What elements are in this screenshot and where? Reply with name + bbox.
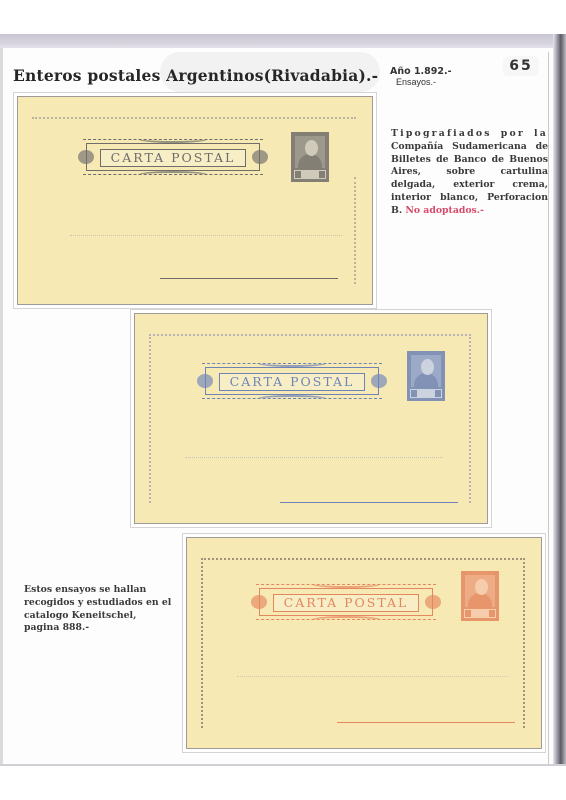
perforation-left (201, 558, 203, 728)
card-label: CARTA POSTAL (273, 594, 419, 612)
portrait-head (421, 359, 434, 375)
carta-postal-frame: CARTA POSTAL (78, 135, 268, 179)
stamp-portrait (295, 136, 325, 168)
portrait-body (298, 154, 322, 168)
album-page-bottom-edge (0, 764, 566, 766)
address-line-bottom (160, 278, 338, 279)
perforation-left (149, 334, 151, 503)
year-label: Año 1.892.- (390, 66, 452, 77)
ornament-left-icon (197, 374, 213, 388)
page-title: Enteros postales Argentinos(Rivadabia).- (13, 66, 378, 85)
description-first-line: Tipografiados por la (391, 128, 548, 139)
ornament-right-icon (252, 150, 268, 164)
portrait-body (468, 593, 492, 607)
not-adopted-label: No adoptados.- (405, 205, 484, 216)
perforation-right (469, 334, 471, 503)
carta-postal-frame: CARTA POSTAL (251, 580, 441, 624)
postal-card-orange: CARTA POSTAL (186, 537, 542, 749)
perforation-top (32, 117, 356, 119)
stamp-value-band (294, 170, 326, 179)
rivadavia-stamp-icon (461, 571, 499, 621)
ornament-right-icon (371, 374, 387, 388)
card-label: CARTA POSTAL (219, 373, 365, 391)
postal-card-blue: CARTA POSTAL (134, 313, 488, 524)
portrait-head (305, 140, 318, 156)
stamp-value-band (410, 389, 442, 398)
stamp-value-band (464, 609, 496, 618)
rivadavia-stamp-icon (407, 351, 445, 401)
portrait-body (414, 373, 438, 387)
subtitle-label: Ensayos.- (396, 77, 436, 87)
ornament-left-icon (251, 595, 267, 609)
address-line (185, 457, 443, 458)
page-number: 65 (503, 56, 539, 76)
postal-card-grey: CARTA POSTAL (17, 96, 373, 305)
ornament-bottom (257, 395, 327, 403)
portrait-head (475, 579, 488, 595)
rivadavia-stamp-icon (291, 132, 329, 182)
ornament-right-icon (425, 595, 441, 609)
address-line (237, 676, 509, 677)
perforation-top (201, 558, 525, 560)
album-page-left-edge (0, 48, 3, 766)
ornament-left-icon (78, 150, 94, 164)
stamp-portrait (465, 575, 495, 607)
address-line-bottom (337, 722, 515, 723)
album-binding-edge (553, 34, 566, 766)
catalog-note: Estos ensayos se hallan recogidos y estu… (24, 584, 174, 635)
page-protector-edge (548, 52, 549, 764)
perforation-top (149, 334, 471, 336)
ornament-bottom (311, 616, 381, 624)
card-label: CARTA POSTAL (100, 149, 246, 167)
perforation-right (523, 558, 525, 728)
address-line (70, 235, 342, 236)
ornament-bottom (138, 171, 208, 179)
description-text: Tipografiados por la Compañía Sudamerica… (391, 128, 548, 218)
perforation-right (354, 177, 356, 284)
address-line-bottom (280, 502, 458, 503)
stamp-portrait (411, 355, 441, 387)
carta-postal-frame: CARTA POSTAL (197, 359, 387, 403)
